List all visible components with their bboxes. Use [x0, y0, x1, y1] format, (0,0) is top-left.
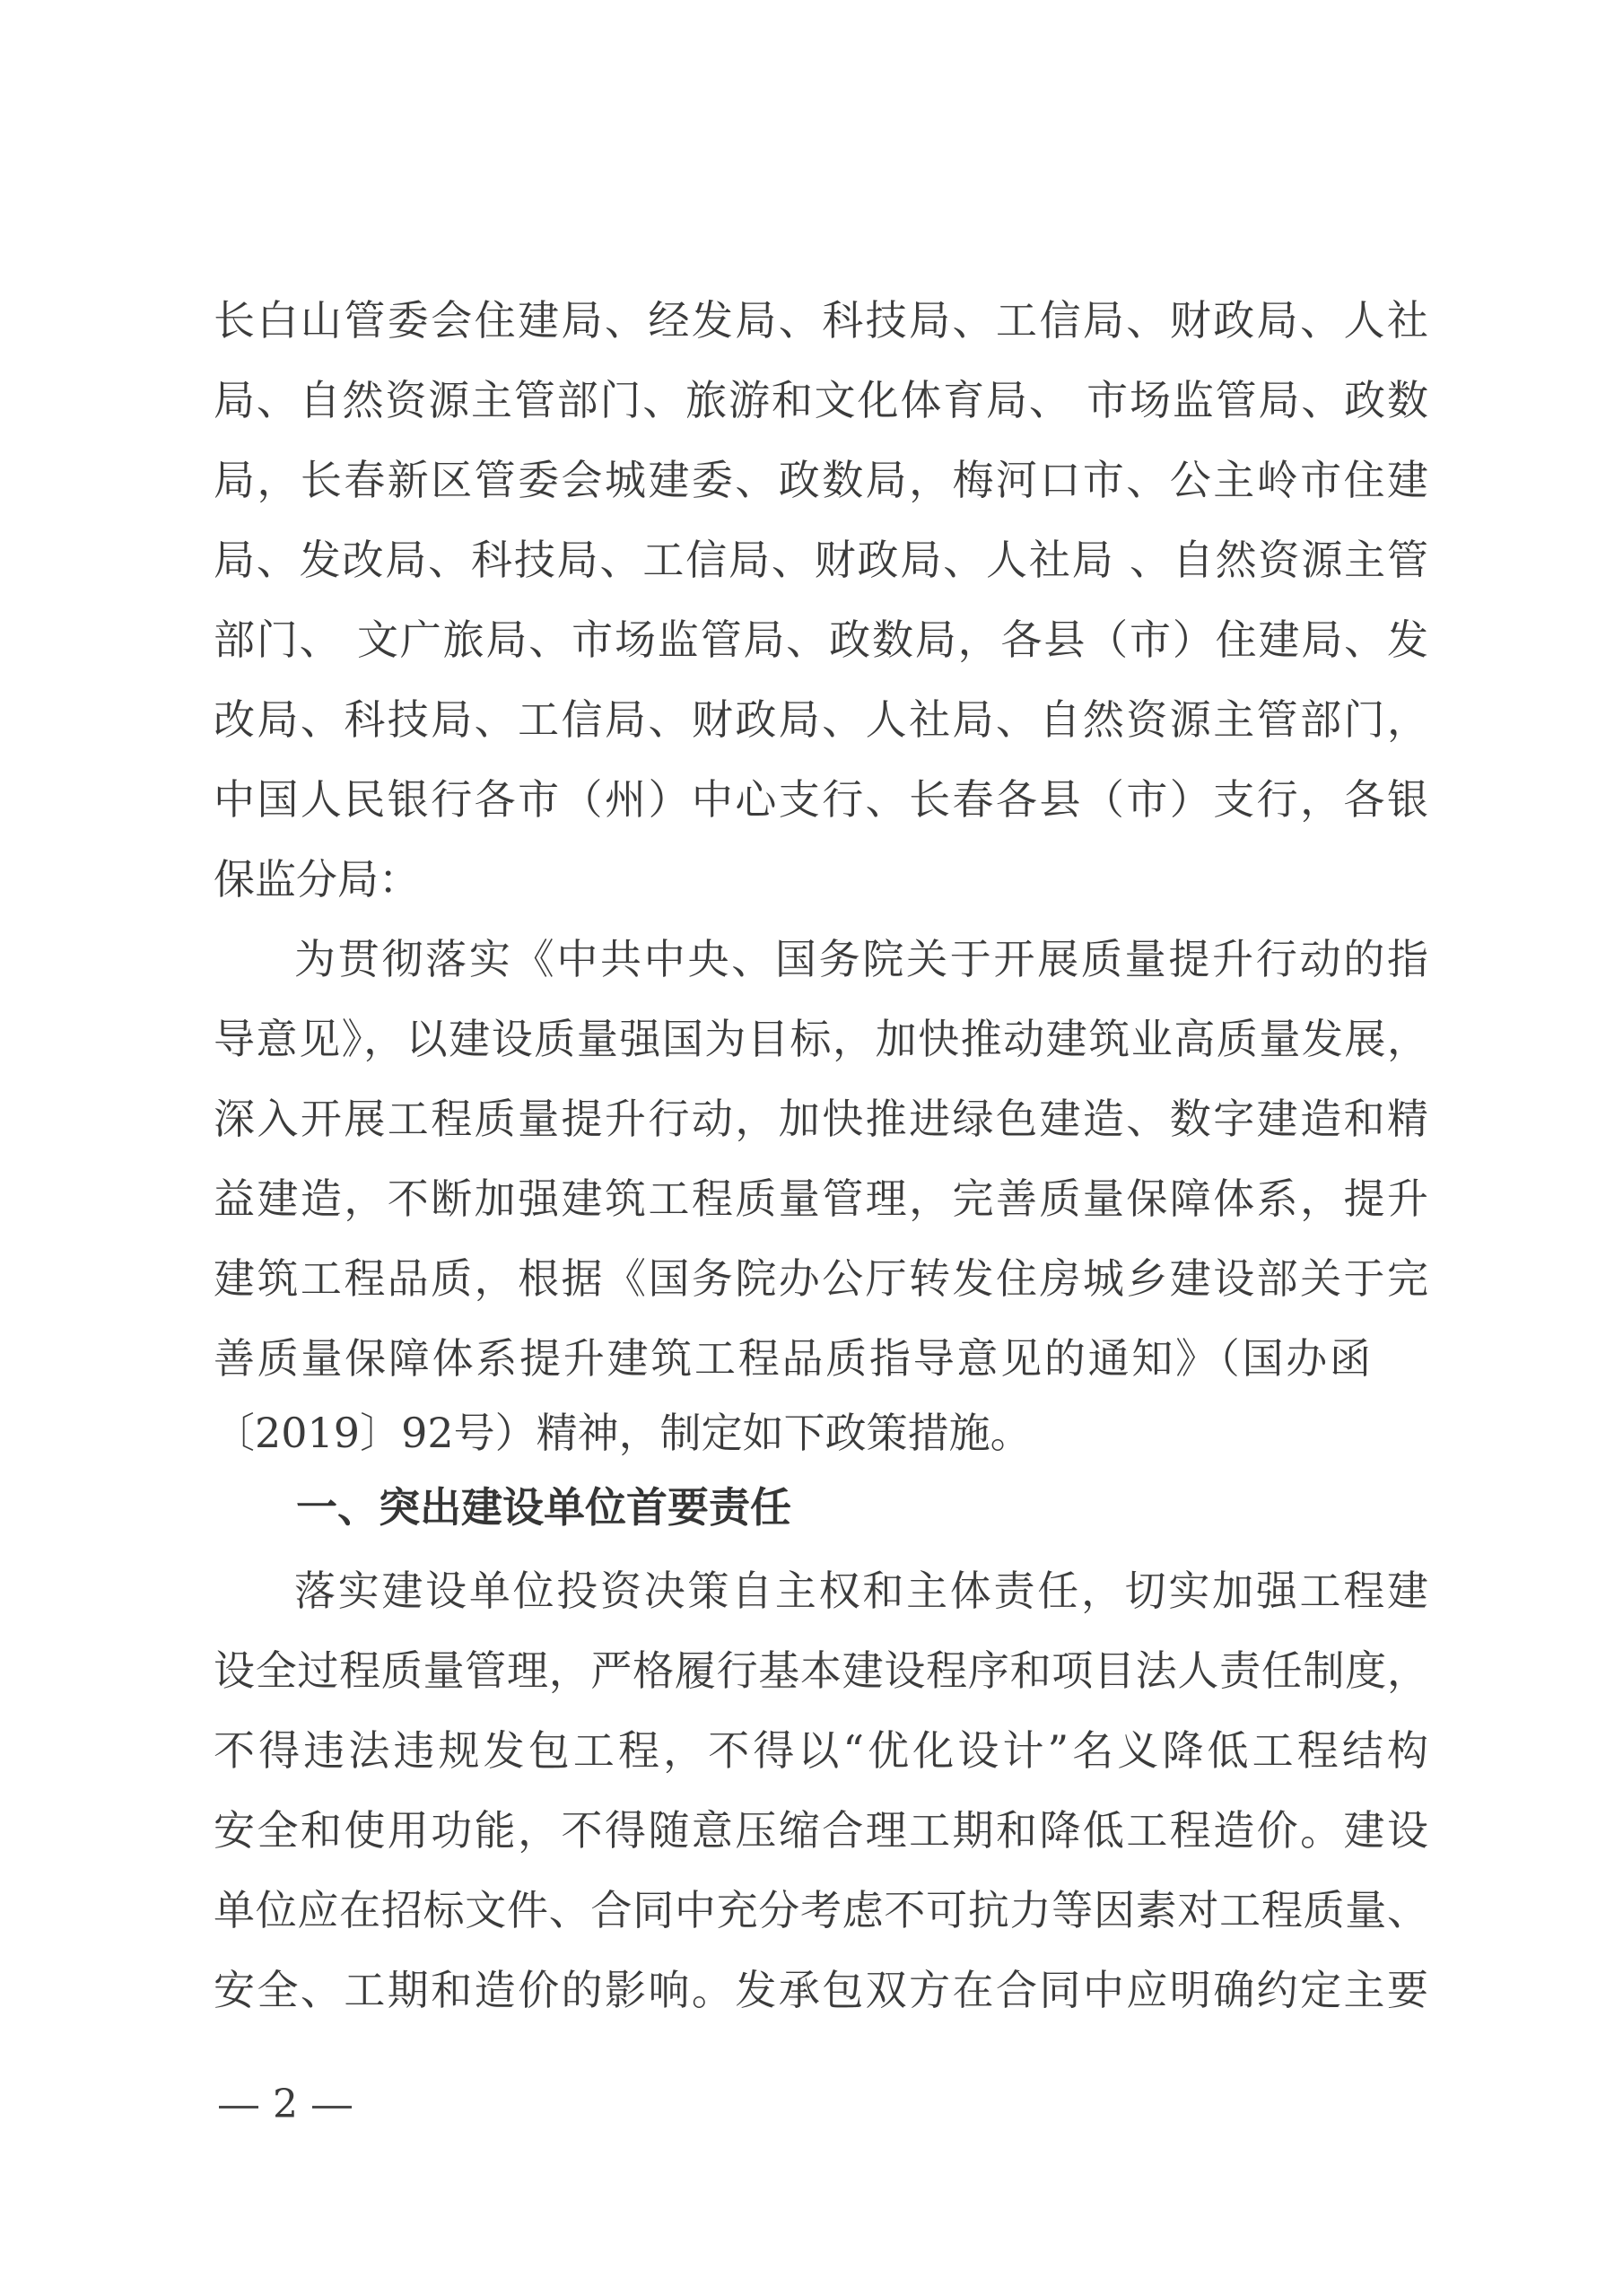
section-heading: 一、突出建设单位首要责任	[296, 1480, 791, 1534]
section-paragraph-line: 安全和使用功能，不得随意压缩合理工期和降低工程造价。建设	[214, 1803, 1428, 1857]
intro-paragraph-line: 建筑工程品质，根据《国务院办公厅转发住房城乡建设部关于完	[214, 1252, 1428, 1305]
intro-paragraph-line: 深入开展工程质量提升行动，加快推进绿色建造、数字建造和精	[214, 1092, 1428, 1146]
section-paragraph-line: 单位应在招标文件、合同中充分考虑不可抗力等因素对工程质量、	[214, 1883, 1428, 1937]
section-paragraph-line: 不得违法违规发包工程，不得以“优化设计”名义降低工程结构	[214, 1724, 1428, 1777]
intro-paragraph-line: 导意见》，以建设质量强国为目标，加快推动建筑业高质量发展，	[214, 1012, 1428, 1066]
section-paragraph-line: 落实建设单位投资决策自主权和主体责任，切实加强工程建	[294, 1564, 1428, 1618]
intro-paragraph-line: 为贯彻落实《中共中央、国务院关于开展质量提升行动的指	[294, 932, 1428, 986]
intro-paragraph-line: 〔2019〕92号）精神，制定如下政策措施。	[214, 1406, 1428, 1460]
addressee-line: 中国人民银行各市（州）中心支行、长春各县（市）支行，各银	[214, 773, 1428, 826]
page-number-footer: 2	[215, 2080, 355, 2130]
addressee-line: 长白山管委会住建局、经发局、科技局、工信局、财政局、人社	[214, 293, 1428, 347]
section-paragraph-line: 设全过程质量管理，严格履行基本建设程序和项目法人责任制度，	[214, 1644, 1428, 1698]
addressee-line: 局、发改局、科技局、工信局、财政局、人社局 、自然资源主管	[214, 533, 1428, 587]
addressee-line: 保监分局：	[214, 852, 1428, 906]
page-number: 2	[273, 2080, 298, 2130]
intro-paragraph-line: 益建造，不断加强建筑工程质量管理，完善质量保障体系，提升	[214, 1172, 1428, 1226]
addressee-line: 局、自然资源主管部门、旅游和文化体育局、 市场监管局、政数	[214, 373, 1428, 427]
dash-right	[312, 2106, 352, 2108]
section-paragraph-line: 安全、工期和造价的影响。发承包双方在合同中应明确约定主要	[214, 1963, 1428, 2017]
intro-paragraph-line: 善质量保障体系提升建筑工程品质指导意见的通知》（国办函	[214, 1331, 1371, 1385]
dash-left	[219, 2106, 258, 2108]
document-page: 长白山管委会住建局、经发局、科技局、工信局、财政局、人社 局、自然资源主管部门、…	[0, 0, 1623, 2296]
addressee-line: 局，长春新区管委会城建委、政数局，梅河口市、公主岭市住建	[214, 453, 1428, 507]
addressee-line: 改局、科技局、工信局、财政局、人社局、自然资源主管部门，	[214, 693, 1428, 746]
addressee-line: 部门、 文广旅局、市场监管局、政数局，各县（市）住建局、发	[214, 613, 1428, 667]
